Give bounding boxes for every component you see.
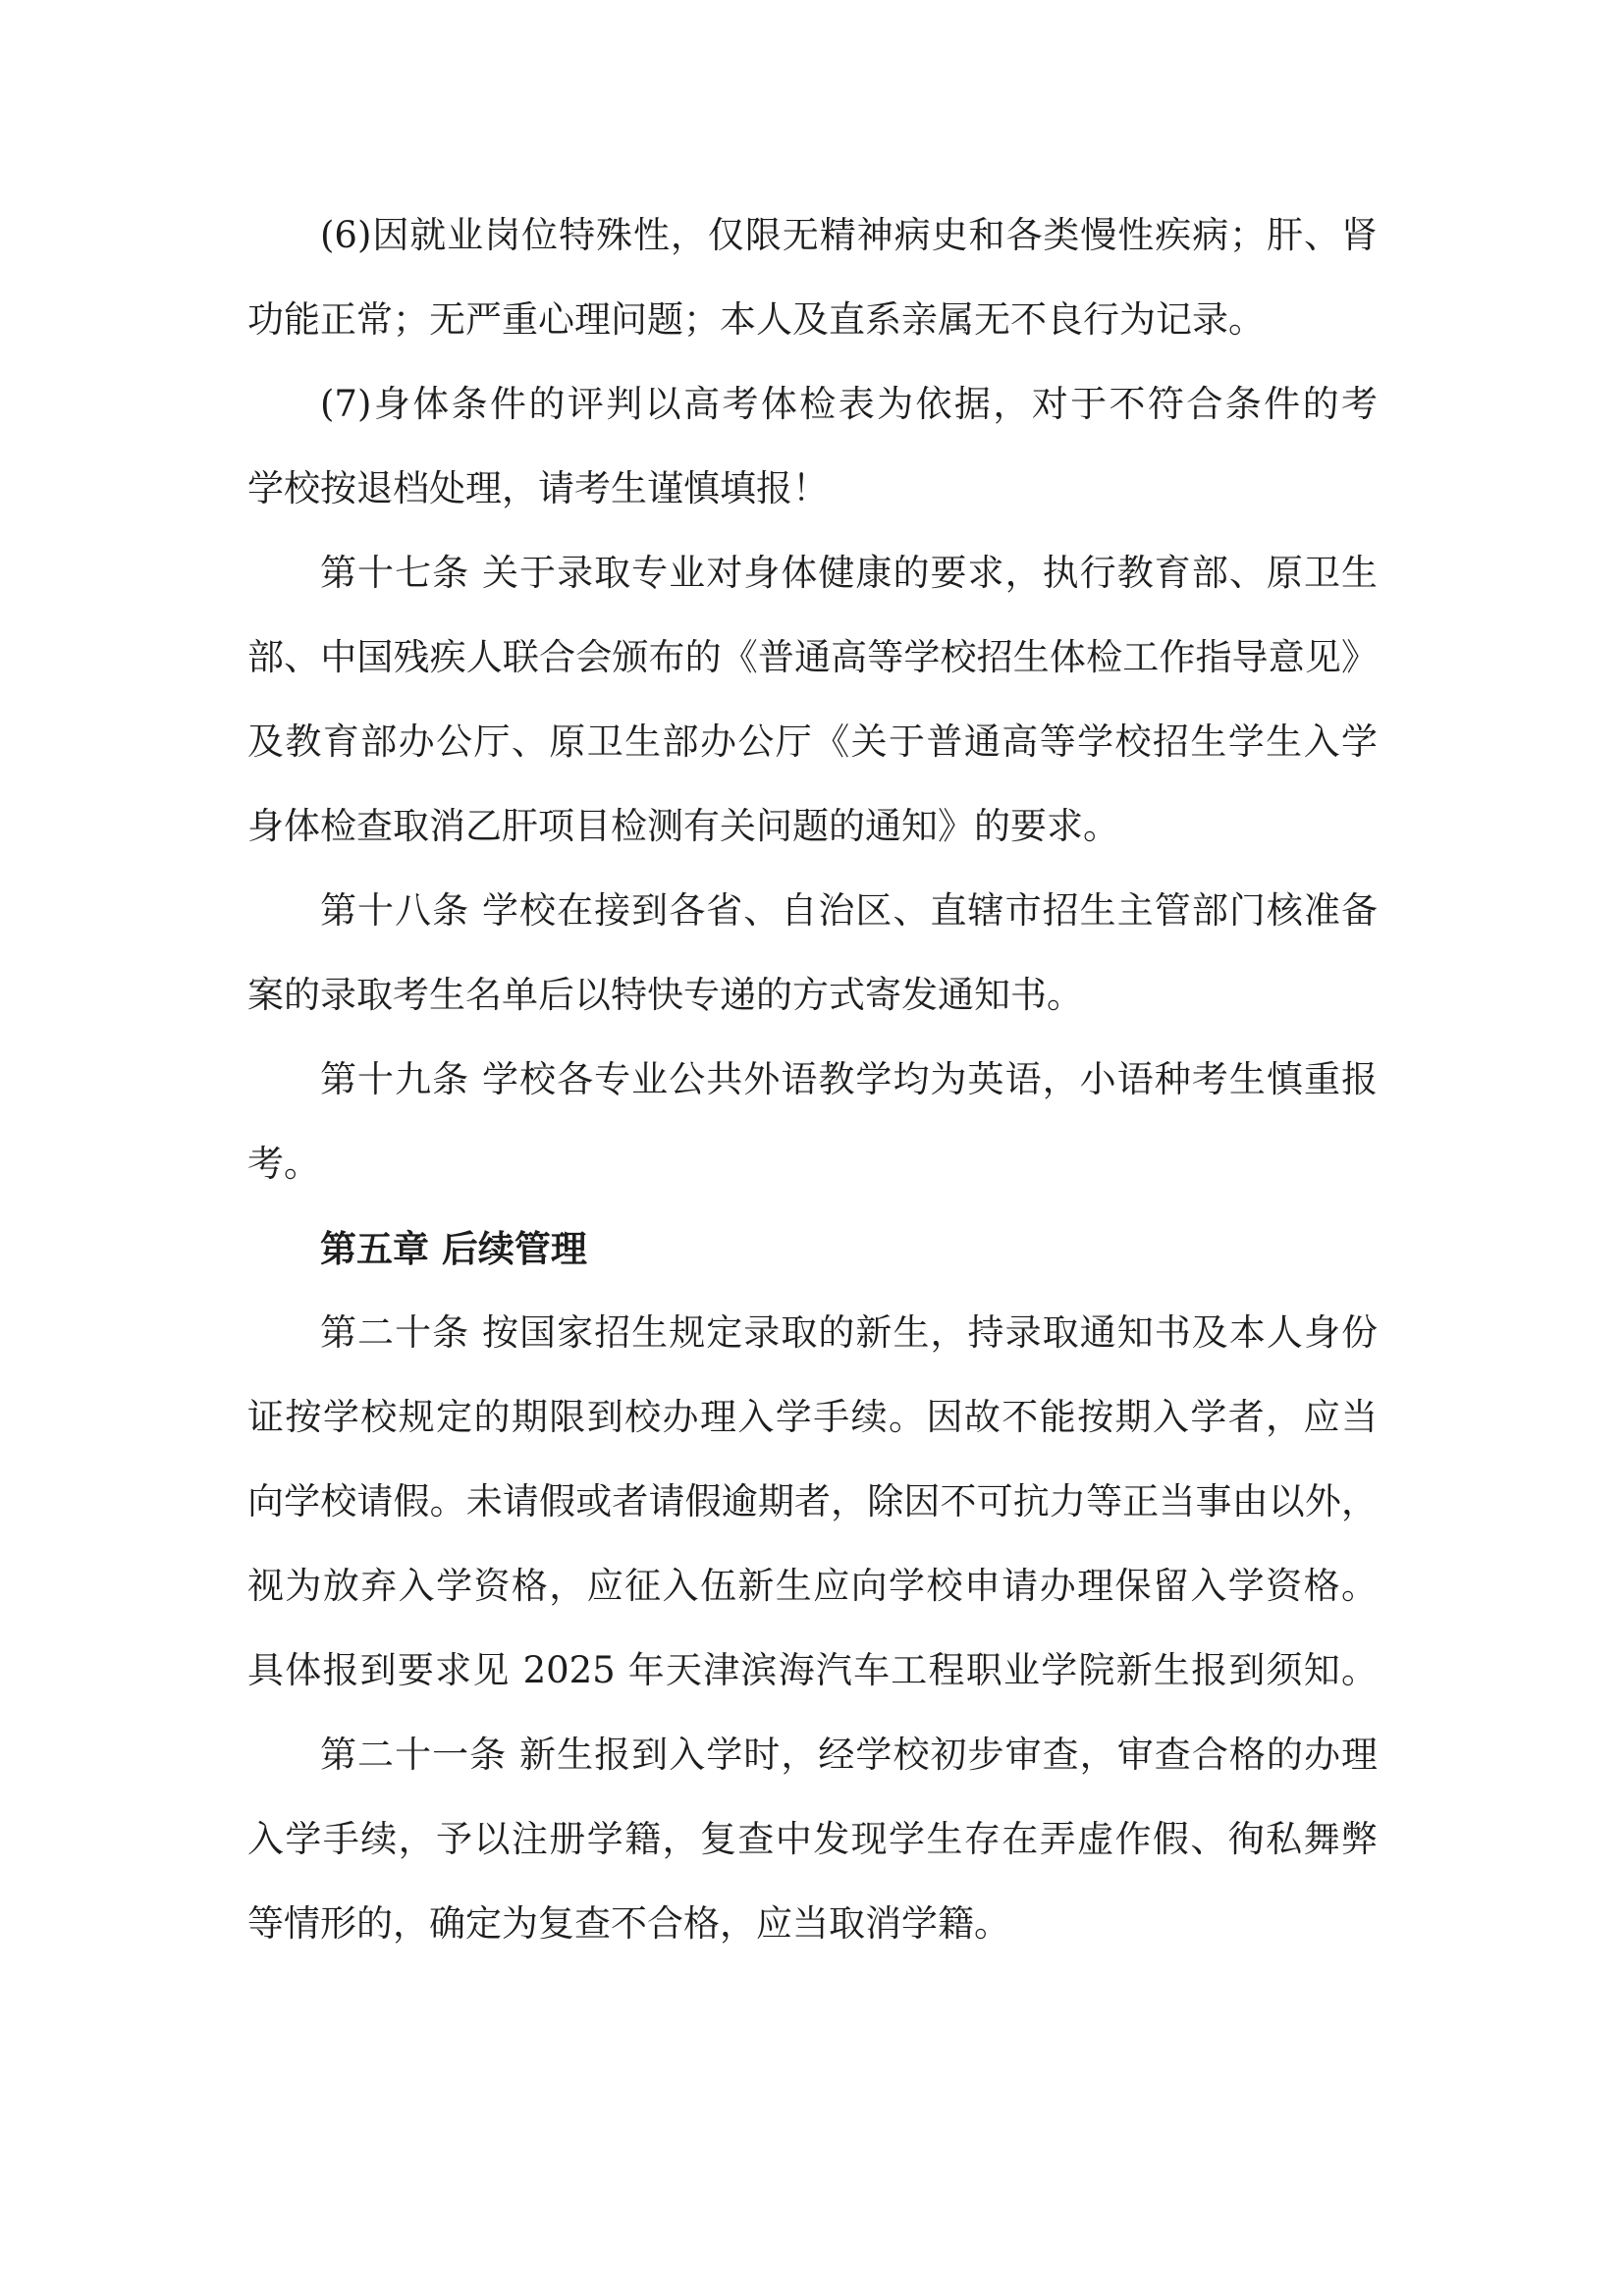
document-body: (6)因就业岗位特殊性，仅限无精神病史和各类慢性疾病；肝、肾功能正常；无严重心理… (247, 193, 1378, 1966)
text-line: 考。 (247, 1122, 1378, 1206)
text-line: 第十七条 关于录取专业对身体健康的要求，执行教育部、原卫生 (247, 531, 1378, 615)
text-line: 学校按退档处理，请考生谨慎填报！ (247, 447, 1378, 531)
text-line: 入学手续，予以注册学籍，复查中发现学生存在弄虚作假、徇私舞弊 (247, 1797, 1378, 1882)
text-line: 具体报到要求见 2025 年天津滨海汽车工程职业学院新生报到须知。 (247, 1629, 1378, 1713)
text-line: 向学校请假。未请假或者请假逾期者，除因不可抗力等正当事由以外， (247, 1460, 1378, 1544)
text-line: 身体检查取消乙肝项目检测有关问题的通知》的要求。 (247, 784, 1378, 869)
text-line: 第十八条 学校在接到各省、自治区、直辖市招生主管部门核准备 (247, 869, 1378, 953)
text-line: 案的录取考生名单后以特快专递的方式寄发通知书。 (247, 953, 1378, 1038)
text-line: (7)身体条件的评判以高考体检表为依据，对于不符合条件的考生， (247, 362, 1378, 447)
text-line: 部、中国残疾人联合会颁布的《普通高等学校招生体检工作指导意见》 (247, 615, 1378, 700)
text-line: (6)因就业岗位特殊性，仅限无精神病史和各类慢性疾病；肝、肾 (247, 193, 1378, 278)
text-line: 第十九条 学校各专业公共外语教学均为英语，小语种考生慎重报 (247, 1038, 1378, 1122)
text-line: 功能正常；无严重心理问题；本人及直系亲属无不良行为记录。 (247, 278, 1378, 362)
text-line: 视为放弃入学资格，应征入伍新生应向学校申请办理保留入学资格。 (247, 1544, 1378, 1629)
text-line: 等情形的，确定为复查不合格，应当取消学籍。 (247, 1882, 1378, 1966)
text-line: 及教育部办公厅、原卫生部办公厅《关于普通高等学校招生学生入学 (247, 700, 1378, 784)
document-page: (6)因就业岗位特殊性，仅限无精神病史和各类慢性疾病；肝、肾功能正常；无严重心理… (0, 0, 1624, 2296)
text-line: 第二十一条 新生报到入学时，经学校初步审查，审查合格的办理 (247, 1713, 1378, 1797)
text-line: 第二十条 按国家招生规定录取的新生，持录取通知书及本人身份 (247, 1291, 1378, 1375)
text-line: 证按学校规定的期限到校办理入学手续。因故不能按期入学者，应当 (247, 1375, 1378, 1460)
chapter-heading: 第五章 后续管理 (247, 1206, 1378, 1291)
